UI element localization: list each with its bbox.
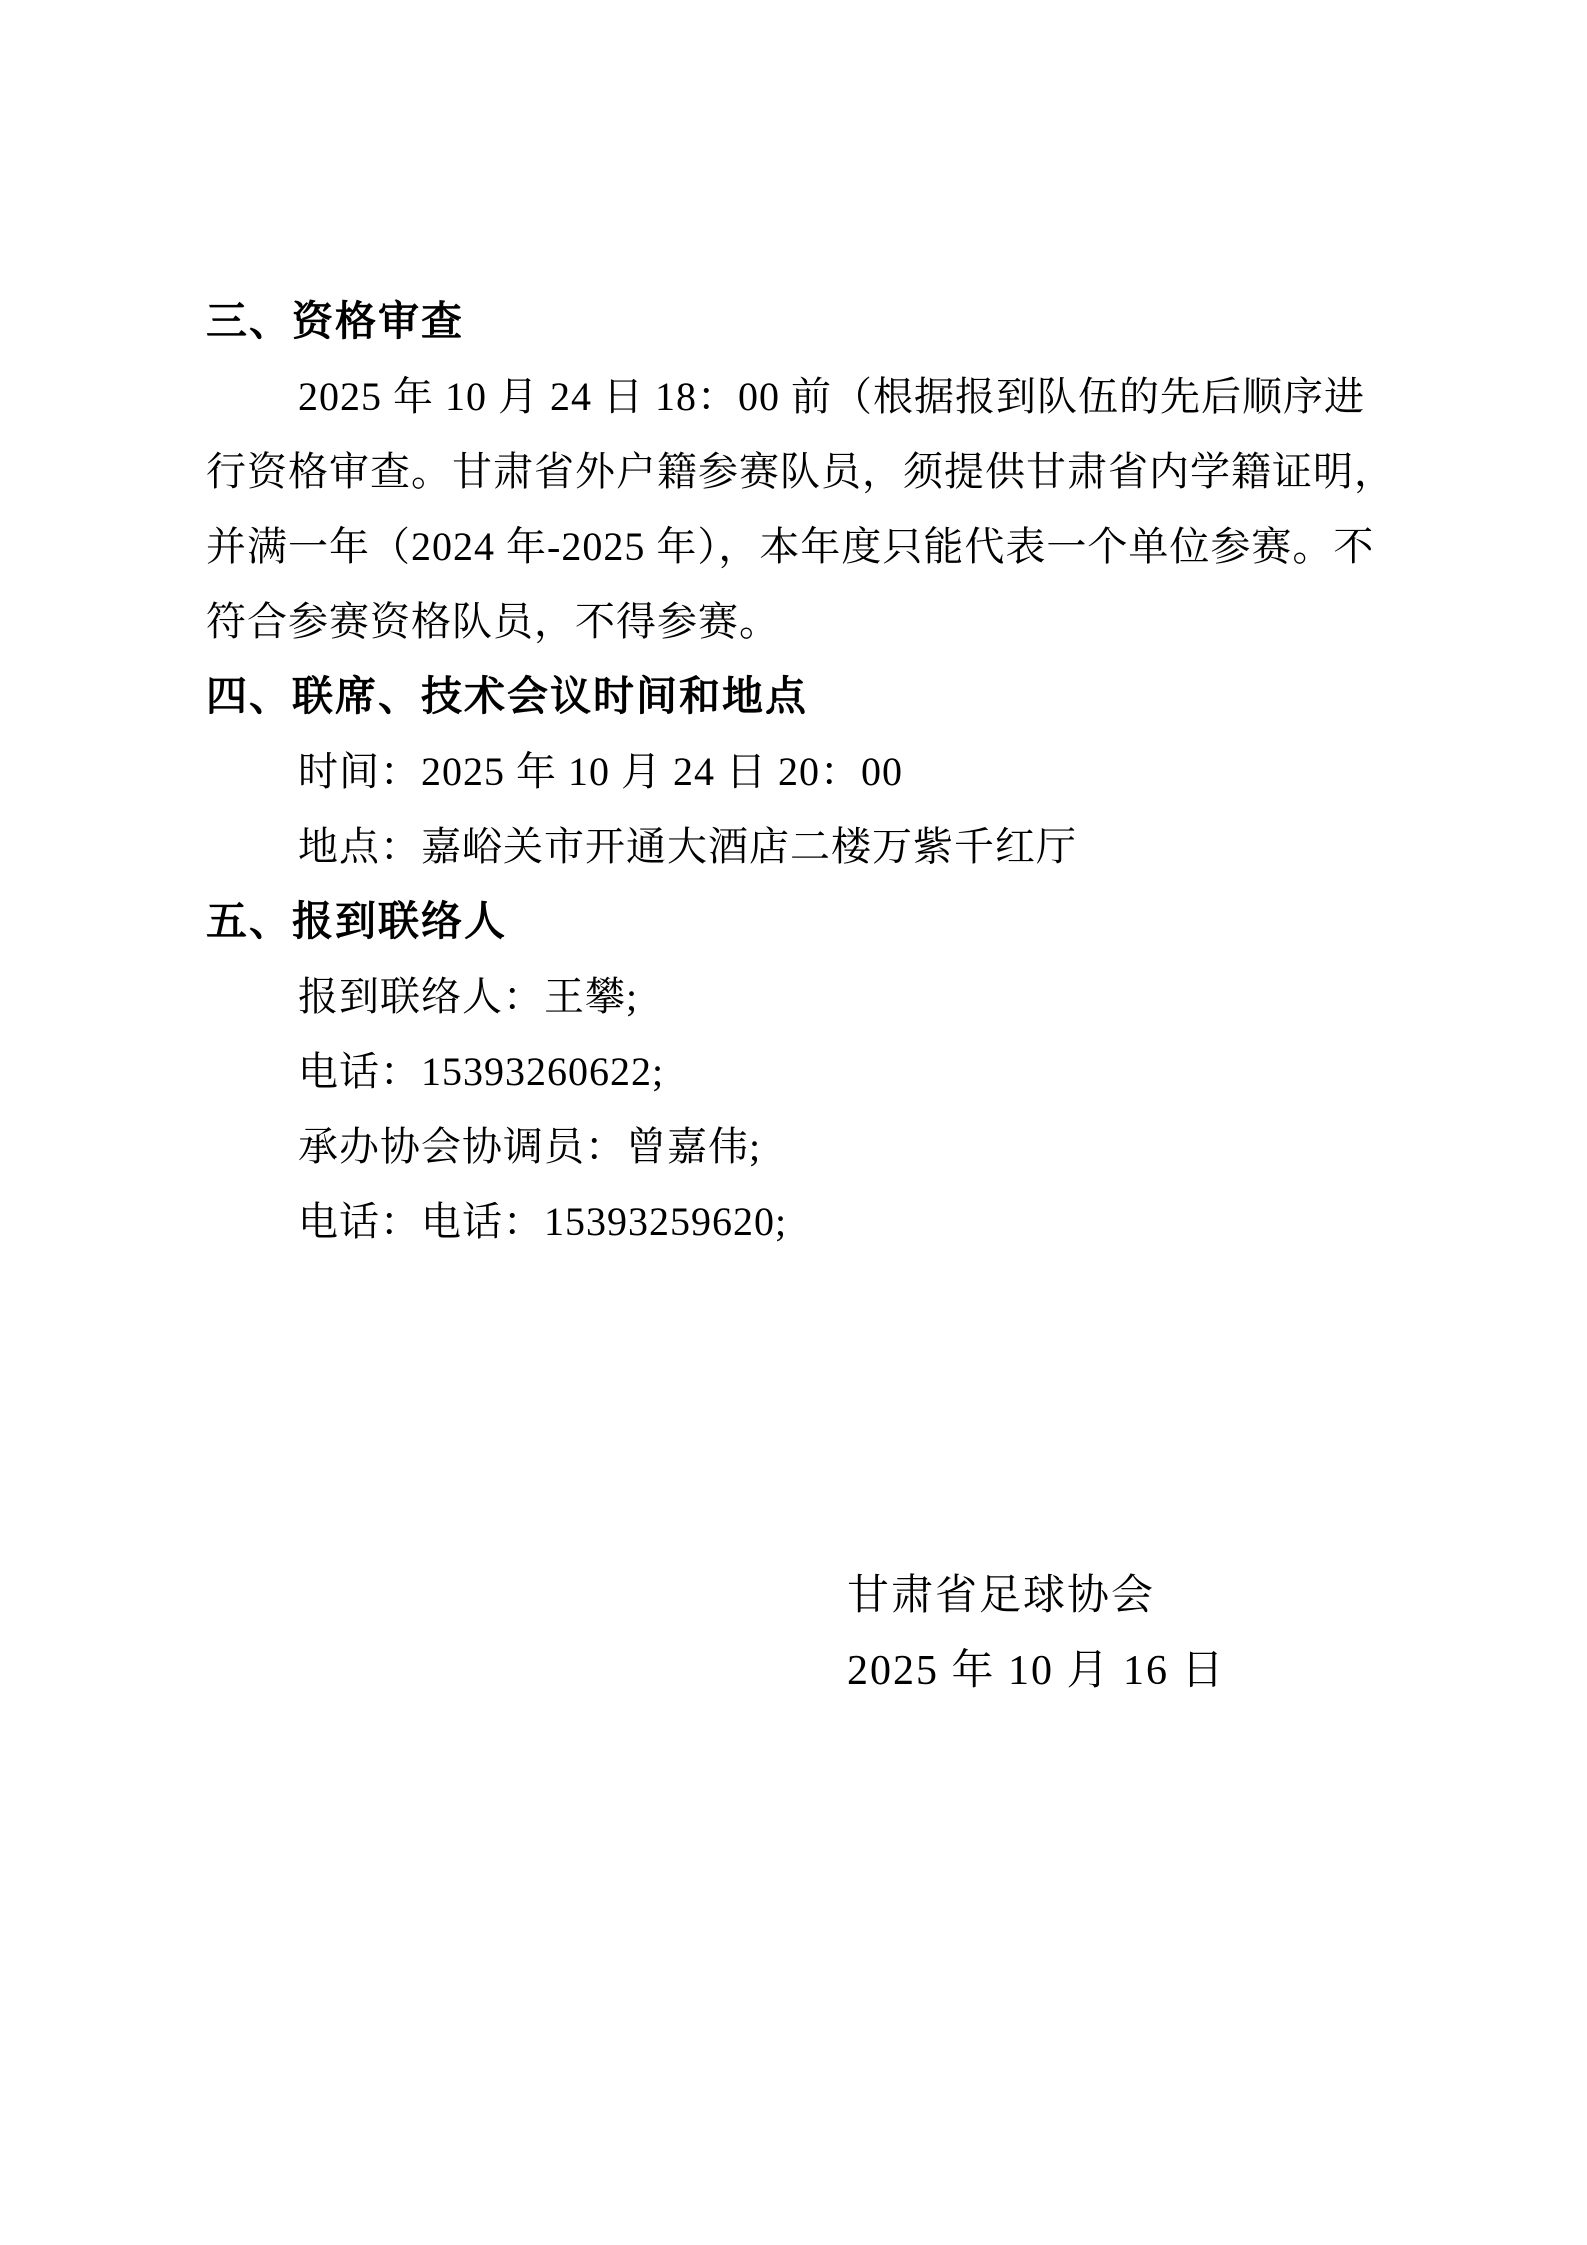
signature-organization: 甘肃省足球协会 [847,1559,1226,1634]
signature-block: 甘肃省足球协会 2025 年 10 月 16 日 [847,1559,1226,1709]
document-body: 三、资格审查 2025 年 10 月 24 日 18：00 前（根据报到队伍的先… [206,284,1386,1259]
contact-person-line: 报到联络人：王攀; [206,959,1386,1034]
coordinator-line: 承办协会协调员：曾嘉伟; [206,1109,1386,1184]
document-page: 三、资格审查 2025 年 10 月 24 日 18：00 前（根据报到队伍的先… [0,0,1587,2245]
meeting-time-line: 时间：2025 年 10 月 24 日 20：00 [206,734,1386,809]
section3-heading: 三、资格审查 [206,284,1386,359]
section4-heading: 四、联席、技术会议时间和地点 [206,659,1386,734]
meeting-place-line: 地点：嘉峪关市开通大酒店二楼万紫千红厅 [206,809,1386,884]
contact-phone-line: 电话：15393260622; [206,1034,1386,1109]
coordinator-phone-line: 电话：电话：15393259620; [206,1184,1386,1259]
section3-paragraph-line: 并满一年（2024 年-2025 年），本年度只能代表一个单位参赛。不 [206,509,1386,584]
section5-heading: 五、报到联络人 [206,884,1386,959]
section3-paragraph-line: 符合参赛资格队员，不得参赛。 [206,584,1386,659]
section3-paragraph-line: 2025 年 10 月 24 日 18：00 前（根据报到队伍的先后顺序进 [206,359,1386,434]
signature-date: 2025 年 10 月 16 日 [847,1634,1226,1709]
section3-paragraph-line: 行资格审查。甘肃省外户籍参赛队员，须提供甘肃省内学籍证明， [206,434,1386,509]
